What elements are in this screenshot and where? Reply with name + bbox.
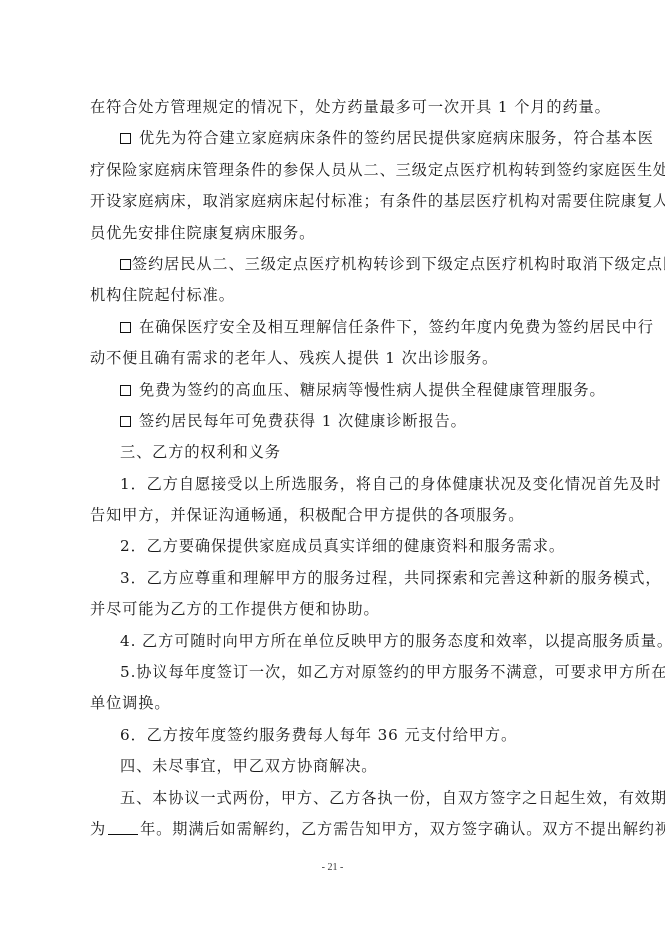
line-text: 告知甲方，并保证沟通畅通，积极配合甲方提供的各项服务。 (90, 506, 524, 524)
line-text: 5.协议每年度签订一次，如乙方对原签约的甲方服务不满意，可要求甲方所在 (120, 663, 665, 681)
line-text: 开设家庭病床，取消家庭病床起付标准；有条件的基层医疗机构对需要住院康复人 (90, 192, 665, 210)
text-line: 2．乙方要确保提供家庭成员真实详细的健康资料和服务需求。 (90, 531, 573, 562)
text-fragment: 为 (90, 820, 106, 838)
line-text: 并尽可能为乙方的工作提供方便和协助。 (90, 600, 380, 618)
fill-in-blank-years[interactable] (108, 820, 138, 835)
line-text: 员优先安排住院康复病床服务。 (90, 224, 315, 242)
line-text: 四、未尽事宜，甲乙双方协商解决。 (120, 757, 377, 775)
line-text: 1．乙方自愿接受以上所选服务，将自己的身体健康状况及变化情况首先及时 (120, 475, 661, 493)
checkbox-icon[interactable] (120, 416, 131, 427)
line-text: 签约居民每年可免费获得 1 次健康诊断报告。 (139, 412, 467, 430)
line-text: 在符合处方管理规定的情况下，处方药量最多可一次开具 1 个月的药量。 (90, 98, 611, 116)
text-line: 签约居民每年可免费获得 1 次健康诊断报告。 (90, 406, 573, 437)
text-line: 三、乙方的权利和义务 (90, 437, 573, 468)
document-page: 在符合处方管理规定的情况下，处方药量最多可一次开具 1 个月的药量。优先为符合建… (90, 92, 573, 814)
text-line: 五、本协议一式两份，甲方、乙方各执一份，自双方签字之日起生效，有效期 (90, 783, 573, 814)
line-text: 单位调换。 (90, 694, 170, 712)
checkbox-icon[interactable] (120, 385, 131, 396)
text-fragment: 年。期满后如需解约，乙方需告知甲方，双方签字确认。双方不提出解约视 (140, 820, 665, 838)
text-line: 5.协议每年度签订一次，如乙方对原签约的甲方服务不满意，可要求甲方所在 (90, 657, 573, 688)
line-text: 免费为签约的高血压、糖尿病等慢性病人提供全程健康管理服务。 (139, 381, 606, 399)
text-line: 在确保医疗安全及相互理解信任条件下，签约年度内免费为签约居民中行 (90, 312, 573, 343)
text-line: 1．乙方自愿接受以上所选服务，将自己的身体健康状况及变化情况首先及时 (90, 469, 573, 500)
line-text: 在确保医疗安全及相互理解信任条件下，签约年度内免费为签约居民中行 (139, 318, 654, 336)
text-line: 4. 乙方可随时向甲方所在单位反映甲方的服务态度和效率，以提高服务质量。 (90, 626, 573, 657)
text-line: 四、未尽事宜，甲乙双方协商解决。 (90, 751, 573, 782)
line-text: 3．乙方应尊重和理解甲方的服务过程，共同探索和完善这种新的服务模式， (120, 569, 661, 587)
text-line: 动不便且确有需求的老年人、残疾人提供 1 次出诊服务。 (90, 343, 573, 374)
line-text: 疗保险家庭病床管理条件的参保人员从二、三级定点医疗机构转到签约家庭医生处 (90, 161, 665, 179)
line-text: 4. 乙方可随时向甲方所在单位反映甲方的服务态度和效率，以提高服务质量。 (120, 632, 665, 650)
text-line: 签约居民从二、三级定点医疗机构转诊到下级定点医疗机构时取消下级定点医疗 (90, 249, 573, 280)
text-line: 员优先安排住院康复病床服务。 (90, 218, 573, 249)
checkbox-icon[interactable] (120, 322, 131, 333)
line-text: 优先为符合建立家庭病床条件的签约居民提供家庭病床服务，符合基本医 (139, 129, 654, 147)
text-line: 优先为符合建立家庭病床条件的签约居民提供家庭病床服务，符合基本医 (90, 123, 573, 154)
line-text: 2．乙方要确保提供家庭成员真实详细的健康资料和服务需求。 (120, 537, 565, 555)
text-line-validity-period: 为年。期满后如需解约，乙方需告知甲方，双方签字确认。双方不提出解约视 (90, 814, 573, 845)
line-text: 机构住院起付标准。 (90, 286, 235, 304)
line-text: 签约居民从二、三级定点医疗机构转诊到下级定点医疗机构时取消下级定点医疗 (132, 255, 665, 273)
text-line: 免费为签约的高血压、糖尿病等慢性病人提供全程健康管理服务。 (90, 375, 573, 406)
page-number: - 21 - (0, 862, 665, 873)
line-text: 三、乙方的权利和义务 (120, 443, 281, 461)
checkbox-icon[interactable] (120, 259, 131, 270)
text-line: 疗保险家庭病床管理条件的参保人员从二、三级定点医疗机构转到签约家庭医生处 (90, 155, 573, 186)
checkbox-icon[interactable] (120, 133, 131, 144)
text-line: 开设家庭病床，取消家庭病床起付标准；有条件的基层医疗机构对需要住院康复人 (90, 186, 573, 217)
text-line: 3．乙方应尊重和理解甲方的服务过程，共同探索和完善这种新的服务模式， (90, 563, 573, 594)
line-text: 五、本协议一式两份，甲方、乙方各执一份，自双方签字之日起生效，有效期 (120, 789, 665, 807)
text-line: 并尽可能为乙方的工作提供方便和协助。 (90, 594, 573, 625)
text-line: 单位调换。 (90, 688, 573, 719)
text-line: 告知甲方，并保证沟通畅通，积极配合甲方提供的各项服务。 (90, 500, 573, 531)
text-line: 机构住院起付标准。 (90, 280, 573, 311)
line-text: 动不便且确有需求的老年人、残疾人提供 1 次出诊服务。 (90, 349, 498, 367)
text-line: 在符合处方管理规定的情况下，处方药量最多可一次开具 1 个月的药量。 (90, 92, 573, 123)
line-text: 6．乙方按年度签约服务费每人每年 36 元支付给甲方。 (120, 726, 517, 744)
text-line: 6．乙方按年度签约服务费每人每年 36 元支付给甲方。 (90, 720, 573, 751)
